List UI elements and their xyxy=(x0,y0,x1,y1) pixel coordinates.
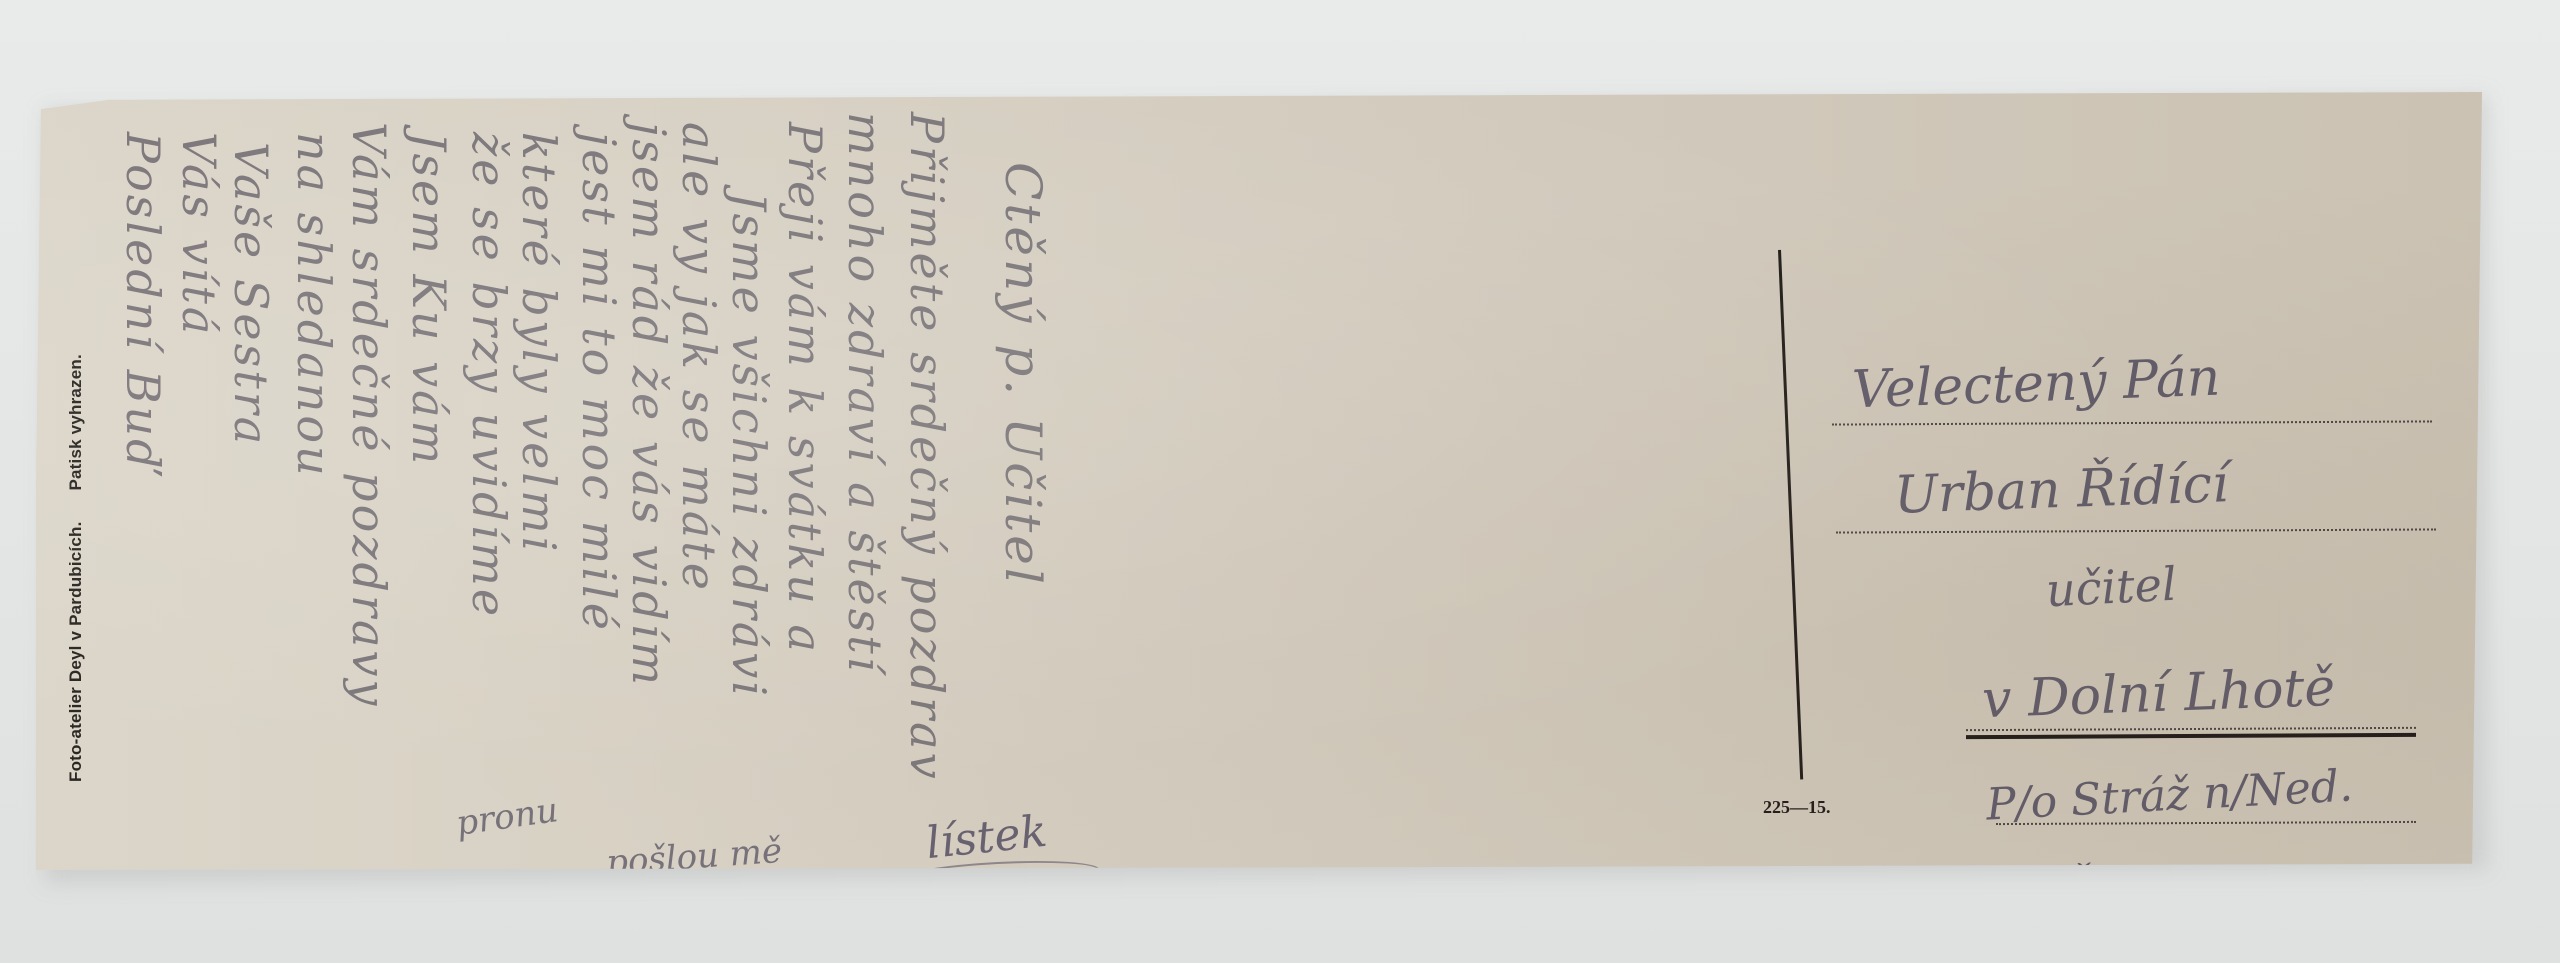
message-column: Vaše Sestra xyxy=(224,142,278,447)
message-column: na shledanou xyxy=(287,132,341,479)
address-divider-line xyxy=(1778,250,1803,780)
message-column: mnoho zdraví a štěstí xyxy=(838,112,892,674)
address-salutation: Velectený Pán xyxy=(1851,348,2221,421)
imprint-rights: Patisk vyhrazen. xyxy=(66,354,85,490)
address-title: učitel xyxy=(2045,557,2178,618)
imprint-publisher: Foto-atelier Deyl v Pardubicích. xyxy=(66,521,85,782)
message-column: Jsme všichni zdrávi xyxy=(722,192,776,699)
address-post-office: P/o Stráž n/Ned. xyxy=(1985,760,2354,830)
message-column: Vás vítá xyxy=(172,132,226,337)
message-column: Přijměte srdečný pozdrav xyxy=(900,112,954,782)
bottom-note: lístek xyxy=(924,806,1050,869)
message-column: Ctěný p. Učitel xyxy=(994,162,1052,587)
message-column: Vám srdečné pozdravy xyxy=(342,122,396,708)
address-dotted-line-2 xyxy=(1836,528,2436,533)
message-column: jsem rád že vás vidím xyxy=(622,122,676,688)
address-dotted-line-1 xyxy=(1832,420,2432,425)
address-town: v Dolní Lhotě xyxy=(1981,658,2336,730)
address-name: Urban Řídící xyxy=(1893,454,2229,526)
message-column: ale vy jak se máte xyxy=(672,122,726,593)
message-column: Jsem Ku vám xyxy=(402,132,456,467)
message-column: že se brzy uvidíme xyxy=(462,132,516,619)
message-column: Přeji vám k svátku a xyxy=(778,122,832,655)
postcard: Foto-atelier Deyl v Pardubicích. Patisk … xyxy=(36,92,2482,870)
message-column: které byly velmi xyxy=(512,132,566,554)
bottom-note: pronu xyxy=(454,790,561,844)
message-column: jest mi to moc milé xyxy=(572,132,626,633)
address-underline xyxy=(1966,733,2416,739)
plate-number: 225—15. xyxy=(1763,797,1831,818)
message-column: Poslední Buď xyxy=(116,132,170,472)
bottom-note: pošlou mě xyxy=(605,831,783,870)
publisher-imprint: Foto-atelier Deyl v Pardubicích. Patisk … xyxy=(66,354,86,782)
